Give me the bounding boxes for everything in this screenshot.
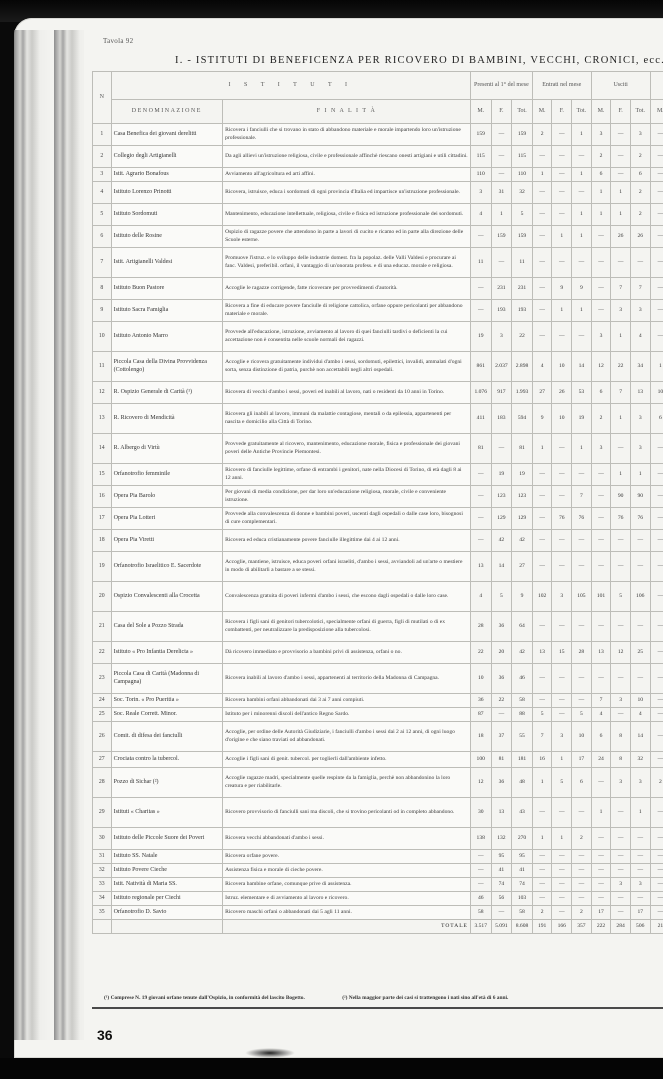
value-cell: 411: [470, 404, 491, 434]
institution-purpose: Ricovera ed educa cristianamente povere …: [223, 530, 471, 552]
value-cell: 115: [470, 146, 491, 168]
institution-name: Crociata contro la tubercol.: [111, 752, 223, 768]
footnote-1: (¹) Comprese N. 19 giovani orfane tenute…: [104, 995, 305, 1001]
value-cell: 81: [491, 752, 512, 768]
value-cell: 19: [512, 464, 533, 486]
row-number: 19: [93, 552, 112, 582]
value-cell: —: [591, 892, 611, 906]
institution-purpose: Ricovera gli inabili al lavoro, immuni d…: [223, 404, 471, 434]
row-number: 12: [93, 382, 112, 404]
totals-row: TOTALE3.5175.0918.6081911663572222845062…: [93, 920, 663, 934]
value-cell: —: [572, 146, 592, 168]
column-header-sub: M.: [470, 100, 491, 124]
value-cell: 87: [470, 708, 491, 722]
value-cell: —: [470, 486, 491, 508]
value-cell: —: [552, 864, 572, 878]
value-cell: 95: [491, 850, 512, 864]
value-cell: 159: [491, 226, 512, 248]
value-cell: —: [650, 694, 663, 708]
value-cell: —: [611, 146, 631, 168]
bottom-rule: [92, 1007, 663, 1009]
table-row: 16Opera Pia BaroloPer giovani di media c…: [93, 486, 663, 508]
value-cell: 2: [532, 906, 552, 920]
value-cell: —: [650, 248, 663, 278]
institution-name: Istituto Sordomuti: [111, 204, 223, 226]
value-cell: —: [552, 124, 572, 146]
value-cell: —: [611, 906, 631, 920]
empty-cell: [111, 920, 223, 934]
value-cell: 1: [572, 300, 592, 322]
institution-purpose: Per giovani di media condizione, per dar…: [223, 486, 471, 508]
value-cell: —: [572, 464, 592, 486]
institution-purpose: Ricovera a fine di educare povere fanciu…: [223, 300, 471, 322]
value-cell: 7: [630, 278, 650, 300]
table-row: 20Ospizio Convalescenti alla CrocettaCon…: [93, 582, 663, 612]
value-cell: —: [470, 878, 491, 892]
column-header-sub: Tot.: [630, 100, 650, 124]
institution-name: Istit. Agrario Bonafous: [111, 168, 223, 182]
value-cell: 231: [491, 278, 512, 300]
value-cell: —: [552, 552, 572, 582]
value-cell: —: [611, 892, 631, 906]
row-number: 32: [93, 864, 112, 878]
value-cell: —: [591, 828, 611, 850]
institution-name: Casa Benefica dei giovani derelitti: [111, 124, 223, 146]
value-cell: —: [470, 850, 491, 864]
row-number: 9: [93, 300, 112, 322]
value-cell: 1: [572, 168, 592, 182]
row-number: 1: [93, 124, 112, 146]
value-cell: —: [491, 146, 512, 168]
value-cell: —: [552, 530, 572, 552]
value-cell: 36: [470, 694, 491, 708]
value-cell: 10: [552, 404, 572, 434]
page-number: 36: [97, 1027, 113, 1043]
value-cell: —: [650, 664, 663, 694]
value-cell: —: [650, 278, 663, 300]
institution-purpose: Ricovera bambine orfane, comunque prive …: [223, 878, 471, 892]
value-cell: 1: [572, 124, 592, 146]
table-row: 4Istituto Lorenzo PrinottiRicovera, istr…: [93, 182, 663, 204]
value-cell: 28: [470, 612, 491, 642]
value-cell: —: [611, 434, 631, 464]
column-header-finalita: F I N A L I T À: [223, 100, 471, 124]
value-cell: —: [650, 828, 663, 850]
value-cell: 76: [611, 508, 631, 530]
value-cell: 26: [611, 226, 631, 248]
value-cell: 1: [591, 798, 611, 828]
value-cell: 3: [591, 322, 611, 352]
value-cell: 28: [572, 642, 592, 664]
value-cell: 10: [552, 352, 572, 382]
value-cell: —: [552, 798, 572, 828]
table-row: 5Istituto SordomutiMantenimento, educazi…: [93, 204, 663, 226]
value-cell: —: [650, 850, 663, 864]
institution-name: Istituto Lorenzo Prinotti: [111, 182, 223, 204]
table-row: 12R. Ospizio Generale di Carità (¹)Ricov…: [93, 382, 663, 404]
value-cell: 1: [611, 322, 631, 352]
value-cell: 17: [630, 906, 650, 920]
table-row: 7Istit. Artigianelli ValdesiPromuove l'i…: [93, 248, 663, 278]
value-cell: 36: [491, 768, 512, 798]
value-cell: 1: [630, 464, 650, 486]
value-cell: 11: [512, 248, 533, 278]
value-cell: —: [532, 508, 552, 530]
institution-purpose: Istruz. elementare e di avviamento al la…: [223, 892, 471, 906]
value-cell: 22: [491, 694, 512, 708]
value-cell: 13: [630, 382, 650, 404]
value-cell: 2: [532, 124, 552, 146]
value-cell: 10: [470, 664, 491, 694]
table-row: 32Istituto Povere CiecheAssistenza fisic…: [93, 864, 663, 878]
value-cell: 1: [572, 226, 592, 248]
value-cell: 3: [630, 878, 650, 892]
value-cell: —: [611, 850, 631, 864]
value-cell: 22: [512, 322, 533, 352]
value-cell: —: [552, 708, 572, 722]
value-cell: —: [532, 694, 552, 708]
table-row: 14R. Albergo di VirtùProvvede gratuitame…: [93, 434, 663, 464]
table-row: 18Opera Pia VirettiRicovera ed educa cri…: [93, 530, 663, 552]
value-cell: 22: [470, 642, 491, 664]
value-cell: —: [532, 798, 552, 828]
value-cell: 16: [532, 752, 552, 768]
tavola-label: Tavola 92: [103, 37, 133, 45]
value-cell: 11: [470, 248, 491, 278]
table-row: 6Istituto delle RosineOspizio di ragazze…: [93, 226, 663, 248]
value-cell: 3: [611, 300, 631, 322]
value-cell: —: [650, 124, 663, 146]
value-cell: 7: [611, 382, 631, 404]
value-cell: 1: [650, 352, 663, 382]
table-row: 8Istituto Buon PastoreAccoglie le ragazz…: [93, 278, 663, 300]
institution-purpose: Da agli allievi un'istruzione religiosa,…: [223, 146, 471, 168]
institution-name: Istituto regionale per Ciechi: [111, 892, 223, 906]
value-cell: 103: [512, 892, 533, 906]
total-value-cell: 3.517: [470, 920, 491, 934]
value-cell: 13: [532, 642, 552, 664]
table-row: 24Soc. Torin. « Pro Pueritia »Ricovera b…: [93, 694, 663, 708]
value-cell: 129: [512, 508, 533, 530]
value-cell: —: [650, 906, 663, 920]
header-sub-row: DENOMINAZIONE F I N A L I T À M. F. Tot.…: [93, 100, 663, 124]
value-cell: —: [591, 226, 611, 248]
institution-purpose: Convalescenza gratuita di poveri infermi…: [223, 582, 471, 612]
column-group-morti: Morti: [650, 72, 663, 100]
table-row: 25Soc. Reale Corrett. Minor.Istituto per…: [93, 708, 663, 722]
value-cell: 159: [512, 124, 533, 146]
row-number: 30: [93, 828, 112, 850]
value-cell: 76: [572, 508, 592, 530]
value-cell: 20: [491, 642, 512, 664]
total-value-cell: 284: [611, 920, 631, 934]
value-cell: —: [532, 204, 552, 226]
value-cell: —: [552, 434, 572, 464]
footnotes: (¹) Comprese N. 19 giovani orfane tenute…: [104, 995, 663, 1001]
value-cell: —: [591, 850, 611, 864]
value-cell: 14: [630, 722, 650, 752]
value-cell: —: [650, 864, 663, 878]
value-cell: 2.898: [512, 352, 533, 382]
table-row: 27Crociata contro la tubercol.Accoglie i…: [93, 752, 663, 768]
institution-purpose: Ospizio di ragazze povere che attendono …: [223, 226, 471, 248]
value-cell: 53: [572, 382, 592, 404]
value-cell: 917: [491, 382, 512, 404]
row-number: 28: [93, 768, 112, 798]
value-cell: 159: [512, 226, 533, 248]
value-cell: 594: [512, 404, 533, 434]
value-cell: 17: [572, 752, 592, 768]
row-number: 18: [93, 530, 112, 552]
value-cell: 7: [572, 486, 592, 508]
column-header-denominazione: DENOMINAZIONE: [111, 100, 223, 124]
row-number: 16: [93, 486, 112, 508]
value-cell: 2: [650, 768, 663, 798]
table-row: 10Istituto Antonio MarroProvvede all'edu…: [93, 322, 663, 352]
value-cell: —: [650, 146, 663, 168]
institution-purpose: Ricovero di fanciulle legittime, orfane …: [223, 464, 471, 486]
value-cell: 43: [512, 798, 533, 828]
value-cell: 36: [491, 664, 512, 694]
value-cell: —: [611, 664, 631, 694]
value-cell: —: [650, 464, 663, 486]
value-cell: 42: [512, 642, 533, 664]
value-cell: 1: [552, 226, 572, 248]
value-cell: —: [491, 434, 512, 464]
table-body: 1Casa Benefica dei giovani derelittiRico…: [93, 124, 663, 934]
value-cell: 1: [532, 434, 552, 464]
value-cell: 90: [611, 486, 631, 508]
value-cell: 9: [552, 278, 572, 300]
value-cell: 106: [630, 582, 650, 612]
footnote-2: (²) Nella maggior parte dei casi si trat…: [342, 995, 508, 1001]
value-cell: 17: [591, 906, 611, 920]
value-cell: —: [611, 708, 631, 722]
value-cell: —: [470, 530, 491, 552]
value-cell: 36: [491, 612, 512, 642]
value-cell: —: [650, 798, 663, 828]
value-cell: 1: [532, 168, 552, 182]
value-cell: —: [491, 168, 512, 182]
column-group-presenti: Presenti al 1° del mese: [470, 72, 532, 100]
value-cell: —: [650, 582, 663, 612]
value-cell: —: [650, 642, 663, 664]
value-cell: 5: [491, 582, 512, 612]
value-cell: 58: [512, 694, 533, 708]
value-cell: —: [630, 828, 650, 850]
value-cell: —: [470, 278, 491, 300]
institution-name: Opera Pia Viretti: [111, 530, 223, 552]
institution-name: R. Ricovero di Mendicità: [111, 404, 223, 434]
value-cell: —: [611, 530, 631, 552]
table-row: 11Piccola Casa della Divina Provvidenza …: [93, 352, 663, 382]
value-cell: —: [591, 864, 611, 878]
value-cell: —: [591, 878, 611, 892]
value-cell: 32: [630, 752, 650, 768]
institution-purpose: Ricovero provvisorio di fanciulli sani m…: [223, 798, 471, 828]
value-cell: 12: [611, 642, 631, 664]
value-cell: —: [650, 322, 663, 352]
value-cell: —: [611, 612, 631, 642]
value-cell: —: [532, 226, 552, 248]
institution-purpose: Ricovera orfane povere.: [223, 850, 471, 864]
row-number: 35: [93, 906, 112, 920]
institution-name: Piccola Casa di Carità (Madonna di Campa…: [111, 664, 223, 694]
row-number: 10: [93, 322, 112, 352]
row-number: 22: [93, 642, 112, 664]
column-header-sub: F.: [491, 100, 512, 124]
value-cell: —: [650, 892, 663, 906]
value-cell: 2: [591, 404, 611, 434]
value-cell: 10: [650, 382, 663, 404]
institution-purpose: Provvede alla convalescenza di donne e b…: [223, 508, 471, 530]
value-cell: 3: [611, 768, 631, 798]
value-cell: 88: [512, 708, 533, 722]
value-cell: —: [552, 878, 572, 892]
header-group-row: N I S T I T U T I Presenti al 1° del mes…: [93, 72, 663, 100]
value-cell: 48: [512, 768, 533, 798]
value-cell: 5: [572, 708, 592, 722]
table-row: 23Piccola Casa di Carità (Madonna di Cam…: [93, 664, 663, 694]
institution-name: Istituti « Charitas »: [111, 798, 223, 828]
value-cell: —: [572, 878, 592, 892]
value-cell: —: [650, 300, 663, 322]
value-cell: 42: [512, 530, 533, 552]
value-cell: 41: [512, 864, 533, 878]
value-cell: 181: [512, 752, 533, 768]
table-row: 9Istituto Sacra FamigliaRicovera a fine …: [93, 300, 663, 322]
value-cell: 30: [470, 798, 491, 828]
totals-label: TOTALE: [223, 920, 471, 934]
value-cell: 7: [532, 722, 552, 752]
value-cell: 19: [572, 404, 592, 434]
value-cell: 13: [491, 798, 512, 828]
institution-purpose: Provvede all'educazione, istruzione, avv…: [223, 322, 471, 352]
value-cell: —: [552, 486, 572, 508]
value-cell: 1: [491, 204, 512, 226]
value-cell: 18: [470, 722, 491, 752]
value-cell: —: [552, 168, 572, 182]
value-cell: 123: [512, 486, 533, 508]
value-cell: —: [572, 664, 592, 694]
value-cell: —: [591, 464, 611, 486]
institution-purpose: Accoglie, mantiene, istruisce, educa pov…: [223, 552, 471, 582]
value-cell: —: [491, 708, 512, 722]
value-cell: 3: [630, 300, 650, 322]
value-cell: —: [572, 182, 592, 204]
institution-purpose: Ricovera di vecchi d'ambo i sessi, pover…: [223, 382, 471, 404]
value-cell: —: [630, 664, 650, 694]
scan-bottom-border: [0, 1058, 663, 1079]
column-header-sub: Tot.: [512, 100, 533, 124]
value-cell: 9: [512, 582, 533, 612]
value-cell: 3: [630, 124, 650, 146]
value-cell: —: [611, 864, 631, 878]
value-cell: 4: [532, 352, 552, 382]
value-cell: 2: [591, 146, 611, 168]
value-cell: 1.993: [512, 382, 533, 404]
row-number: 24: [93, 694, 112, 708]
value-cell: —: [591, 248, 611, 278]
institution-purpose: Ricovero maschi orfani o abbandonati dai…: [223, 906, 471, 920]
value-cell: 74: [491, 878, 512, 892]
institution-purpose: Dà ricovero immediato e provvisorio a ba…: [223, 642, 471, 664]
value-cell: 101: [591, 582, 611, 612]
value-cell: 5: [611, 582, 631, 612]
institution-purpose: Promuove l'istruz. e lo sviluppo delle i…: [223, 248, 471, 278]
value-cell: —: [650, 508, 663, 530]
value-cell: —: [630, 892, 650, 906]
value-cell: 102: [532, 582, 552, 612]
value-cell: 4: [591, 708, 611, 722]
institution-name: Casa del Sole a Pozzo Strada: [111, 612, 223, 642]
row-number: 8: [93, 278, 112, 300]
value-cell: 9: [532, 404, 552, 434]
table-row: 30Istituto delle Piccole Suore dei Pover…: [93, 828, 663, 850]
value-cell: —: [591, 530, 611, 552]
row-number: 15: [93, 464, 112, 486]
column-group-entrati: Entrati nel mese: [532, 72, 591, 100]
value-cell: —: [611, 168, 631, 182]
total-value-cell: 8.608: [512, 920, 533, 934]
table-row: 35Orfanotrofio D. SavioRicovero maschi o…: [93, 906, 663, 920]
value-cell: —: [650, 878, 663, 892]
row-number: 20: [93, 582, 112, 612]
value-cell: 1: [611, 182, 631, 204]
book-binding-shadow: [14, 30, 84, 1040]
row-number: 23: [93, 664, 112, 694]
column-header-sub: M.: [532, 100, 552, 124]
value-cell: —: [591, 486, 611, 508]
value-cell: 22: [611, 352, 631, 382]
institution-name: Istituto « Pro Infantia Derelicta »: [111, 642, 223, 664]
value-cell: 6: [630, 168, 650, 182]
value-cell: 34: [630, 352, 650, 382]
value-cell: —: [611, 828, 631, 850]
table-row: 13R. Ricovero di MendicitàRicovera gli i…: [93, 404, 663, 434]
row-number: 25: [93, 708, 112, 722]
institution-purpose: Mantenimento, educazione intellettuale, …: [223, 204, 471, 226]
value-cell: 3: [491, 322, 512, 352]
value-cell: 159: [470, 124, 491, 146]
row-number: 29: [93, 798, 112, 828]
institution-name: Istituto Sacra Famiglia: [111, 300, 223, 322]
value-cell: 3: [470, 182, 491, 204]
value-cell: —: [552, 182, 572, 204]
table-row: 26Comit. di difesa dei fanciulliAccoglie…: [93, 722, 663, 752]
value-cell: 8: [611, 752, 631, 768]
institution-purpose: Ricovera i figli sani di genitori tuberc…: [223, 612, 471, 642]
value-cell: 95: [512, 850, 533, 864]
column-header-sub: F.: [552, 100, 572, 124]
value-cell: —: [532, 146, 552, 168]
total-value-cell: 166: [552, 920, 572, 934]
value-cell: —: [552, 248, 572, 278]
table-row: 31Istituto SS. NataleRicovera orfane pov…: [93, 850, 663, 864]
value-cell: 14: [572, 352, 592, 382]
value-cell: —: [650, 708, 663, 722]
value-cell: —: [650, 752, 663, 768]
column-header-sub: Tot.: [572, 100, 592, 124]
empty-cell: [93, 920, 112, 934]
row-number: 17: [93, 508, 112, 530]
value-cell: —: [650, 182, 663, 204]
value-cell: 41: [491, 864, 512, 878]
value-cell: 12: [591, 352, 611, 382]
institution-name: Pozzo di Sichar (²): [111, 768, 223, 798]
institution-name: Piccola Casa della Divina Provvidenza (C…: [111, 352, 223, 382]
value-cell: 1: [552, 828, 572, 850]
